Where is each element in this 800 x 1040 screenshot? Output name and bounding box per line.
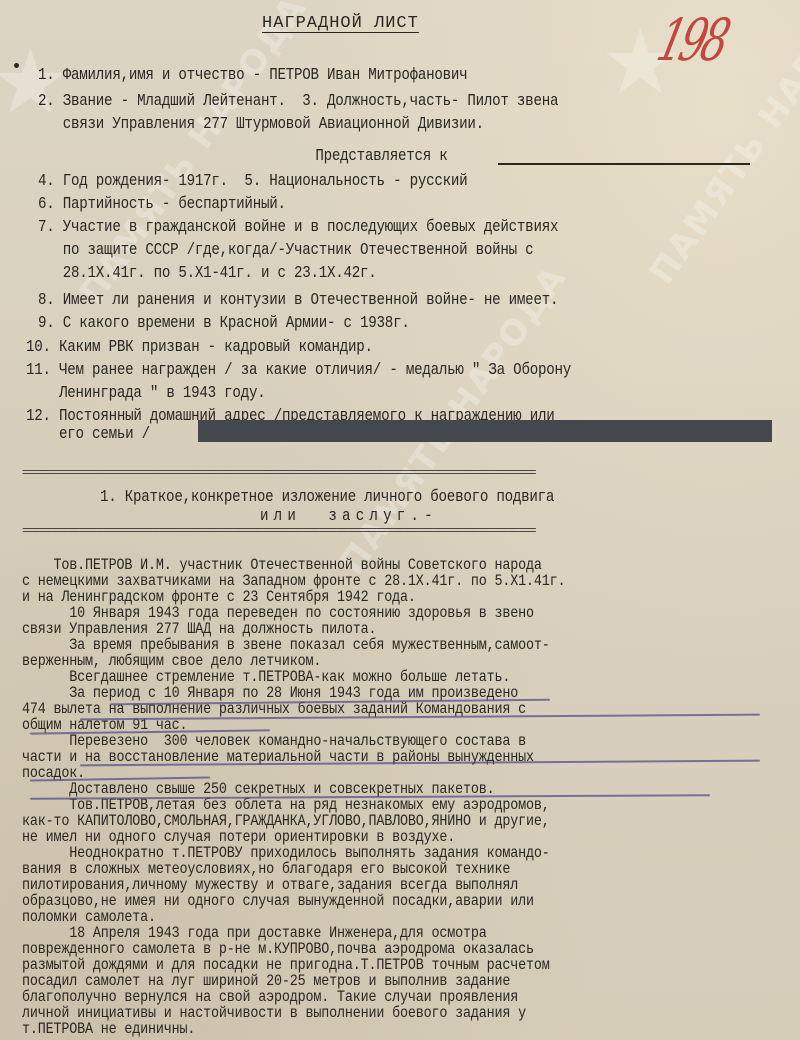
narrative-line: Всегдашнее стремление т.ПЕТРОВА-как можн… — [22, 669, 510, 685]
field-11-awards: 11. Чем ранее награжден / за какие отлич… — [26, 359, 571, 381]
narrative-line: как-то КАПИТОЛОВО,СМОЛЬНАЯ,ГРАЖДАНКА,УГЛ… — [22, 813, 550, 829]
narrative-line: вания в сложных метеоусловиях,но благода… — [22, 861, 510, 877]
narrative-line: связи Управления 277 ШАД на должность пи… — [22, 621, 376, 637]
narrative-line: т.ПЕТРОВА не единичны. — [22, 1021, 195, 1037]
field-7-participation-cont: по защите СССР /где,когда/-Участник Отеч… — [38, 239, 533, 261]
document-page: ★ ★ ПАМЯТЬ НАРОДА ПАМЯТЬ НАРОДА ПАМЯТЬ Н… — [0, 0, 800, 1040]
narrative-line: верженным, любящим свое дело летчиком. — [22, 653, 321, 669]
field-2-rank: 2. Звание - Младший Лейтенант. 3. Должно… — [38, 90, 558, 112]
separator-rule: ========================================… — [22, 467, 800, 479]
narrative-line: пилотирования,личному мужеству и отваге,… — [22, 877, 518, 893]
field-12-address-cont: его семьи / — [26, 423, 150, 445]
narrative-line: За время пребывания в звене показал себя… — [22, 637, 550, 653]
field-11-awards-cont: Ленинграда " в 1943 году. — [26, 382, 265, 404]
field-10-draft: 10. Каким РВК призван - кадровый команди… — [26, 336, 373, 358]
document-title: НАГРАДНОЙ ЛИСТ — [262, 14, 419, 33]
field-7-dates: 28.1Х.41г. по 5.Х1-41г. и с 23.1Х.42г. — [38, 262, 377, 284]
field-6-party: 6. Партийность - беспартийный. — [38, 193, 286, 215]
narrative-line: не имел ни одного случая потери ориентир… — [22, 829, 455, 845]
field-4-birth-year: 4. Год рождения- 1917г. 5. Национальност… — [38, 170, 467, 192]
section-heading-cont: или заслуг.- — [260, 505, 438, 527]
narrative-line: поврежденного самолета в р-не м.КУПРОВО,… — [22, 941, 534, 957]
field-7-participation: 7. Участие в гражданской войне и в после… — [38, 216, 558, 238]
narrative-line: с немецкими захватчиками на Западном фро… — [22, 573, 565, 589]
narrative-line: образцово,не имея ни одного случая вынуж… — [22, 893, 534, 909]
field-8-wounds: 8. Имеет ли ранения и контузии в Отечест… — [38, 289, 558, 311]
field-1-name: 1. Фамилия,имя и отчество - ПЕТРОВ Иван … — [38, 64, 467, 86]
narrative-line: 10 Января 1943 года переведен по состоян… — [22, 605, 534, 621]
archive-page-number: 198 — [651, 6, 733, 74]
narrative-line: Доставлено свыше 250 секретных и совсекр… — [22, 781, 495, 797]
narrative-line: За период с 10 Января по 28 Июня 1943 го… — [22, 685, 518, 701]
nomination-blank-line — [498, 163, 750, 165]
field-3-unit: связи Управления 277 Штурмовой Авиационн… — [38, 113, 484, 135]
redacted-address — [198, 420, 772, 442]
field-nominated-for: Представляется к — [175, 145, 447, 167]
field-9-service: 9. С какого времени в Красной Армии- с 1… — [38, 312, 410, 334]
narrative-line: поломки самолета. — [22, 909, 156, 925]
narrative-line: личной инициативы и настойчивости в выпо… — [22, 1005, 526, 1021]
narrative-line: размытой дождями и для посадки не пригод… — [22, 957, 550, 973]
narrative-line: Тов.ПЕТРОВ И.М. участник Отечественной в… — [22, 557, 542, 573]
narrative-line: благополучно вернулся на свой аэродром. … — [22, 989, 518, 1005]
separator-rule: ========================================… — [22, 525, 800, 537]
narrative-line: Неоднократно т.ПЕТРОВУ приходилось выпол… — [22, 845, 550, 861]
narrative-line: посадил самолет на луг шириной 20-25 мет… — [22, 973, 510, 989]
ink-dot — [14, 63, 19, 68]
narrative-line: и на Ленинградском фронте с 23 Сентября … — [22, 589, 416, 605]
narrative-line: Перевезено 300 человек командно-начальст… — [22, 733, 526, 749]
narrative-line: 18 Апреля 1943 года при доставке Инженер… — [22, 925, 487, 941]
